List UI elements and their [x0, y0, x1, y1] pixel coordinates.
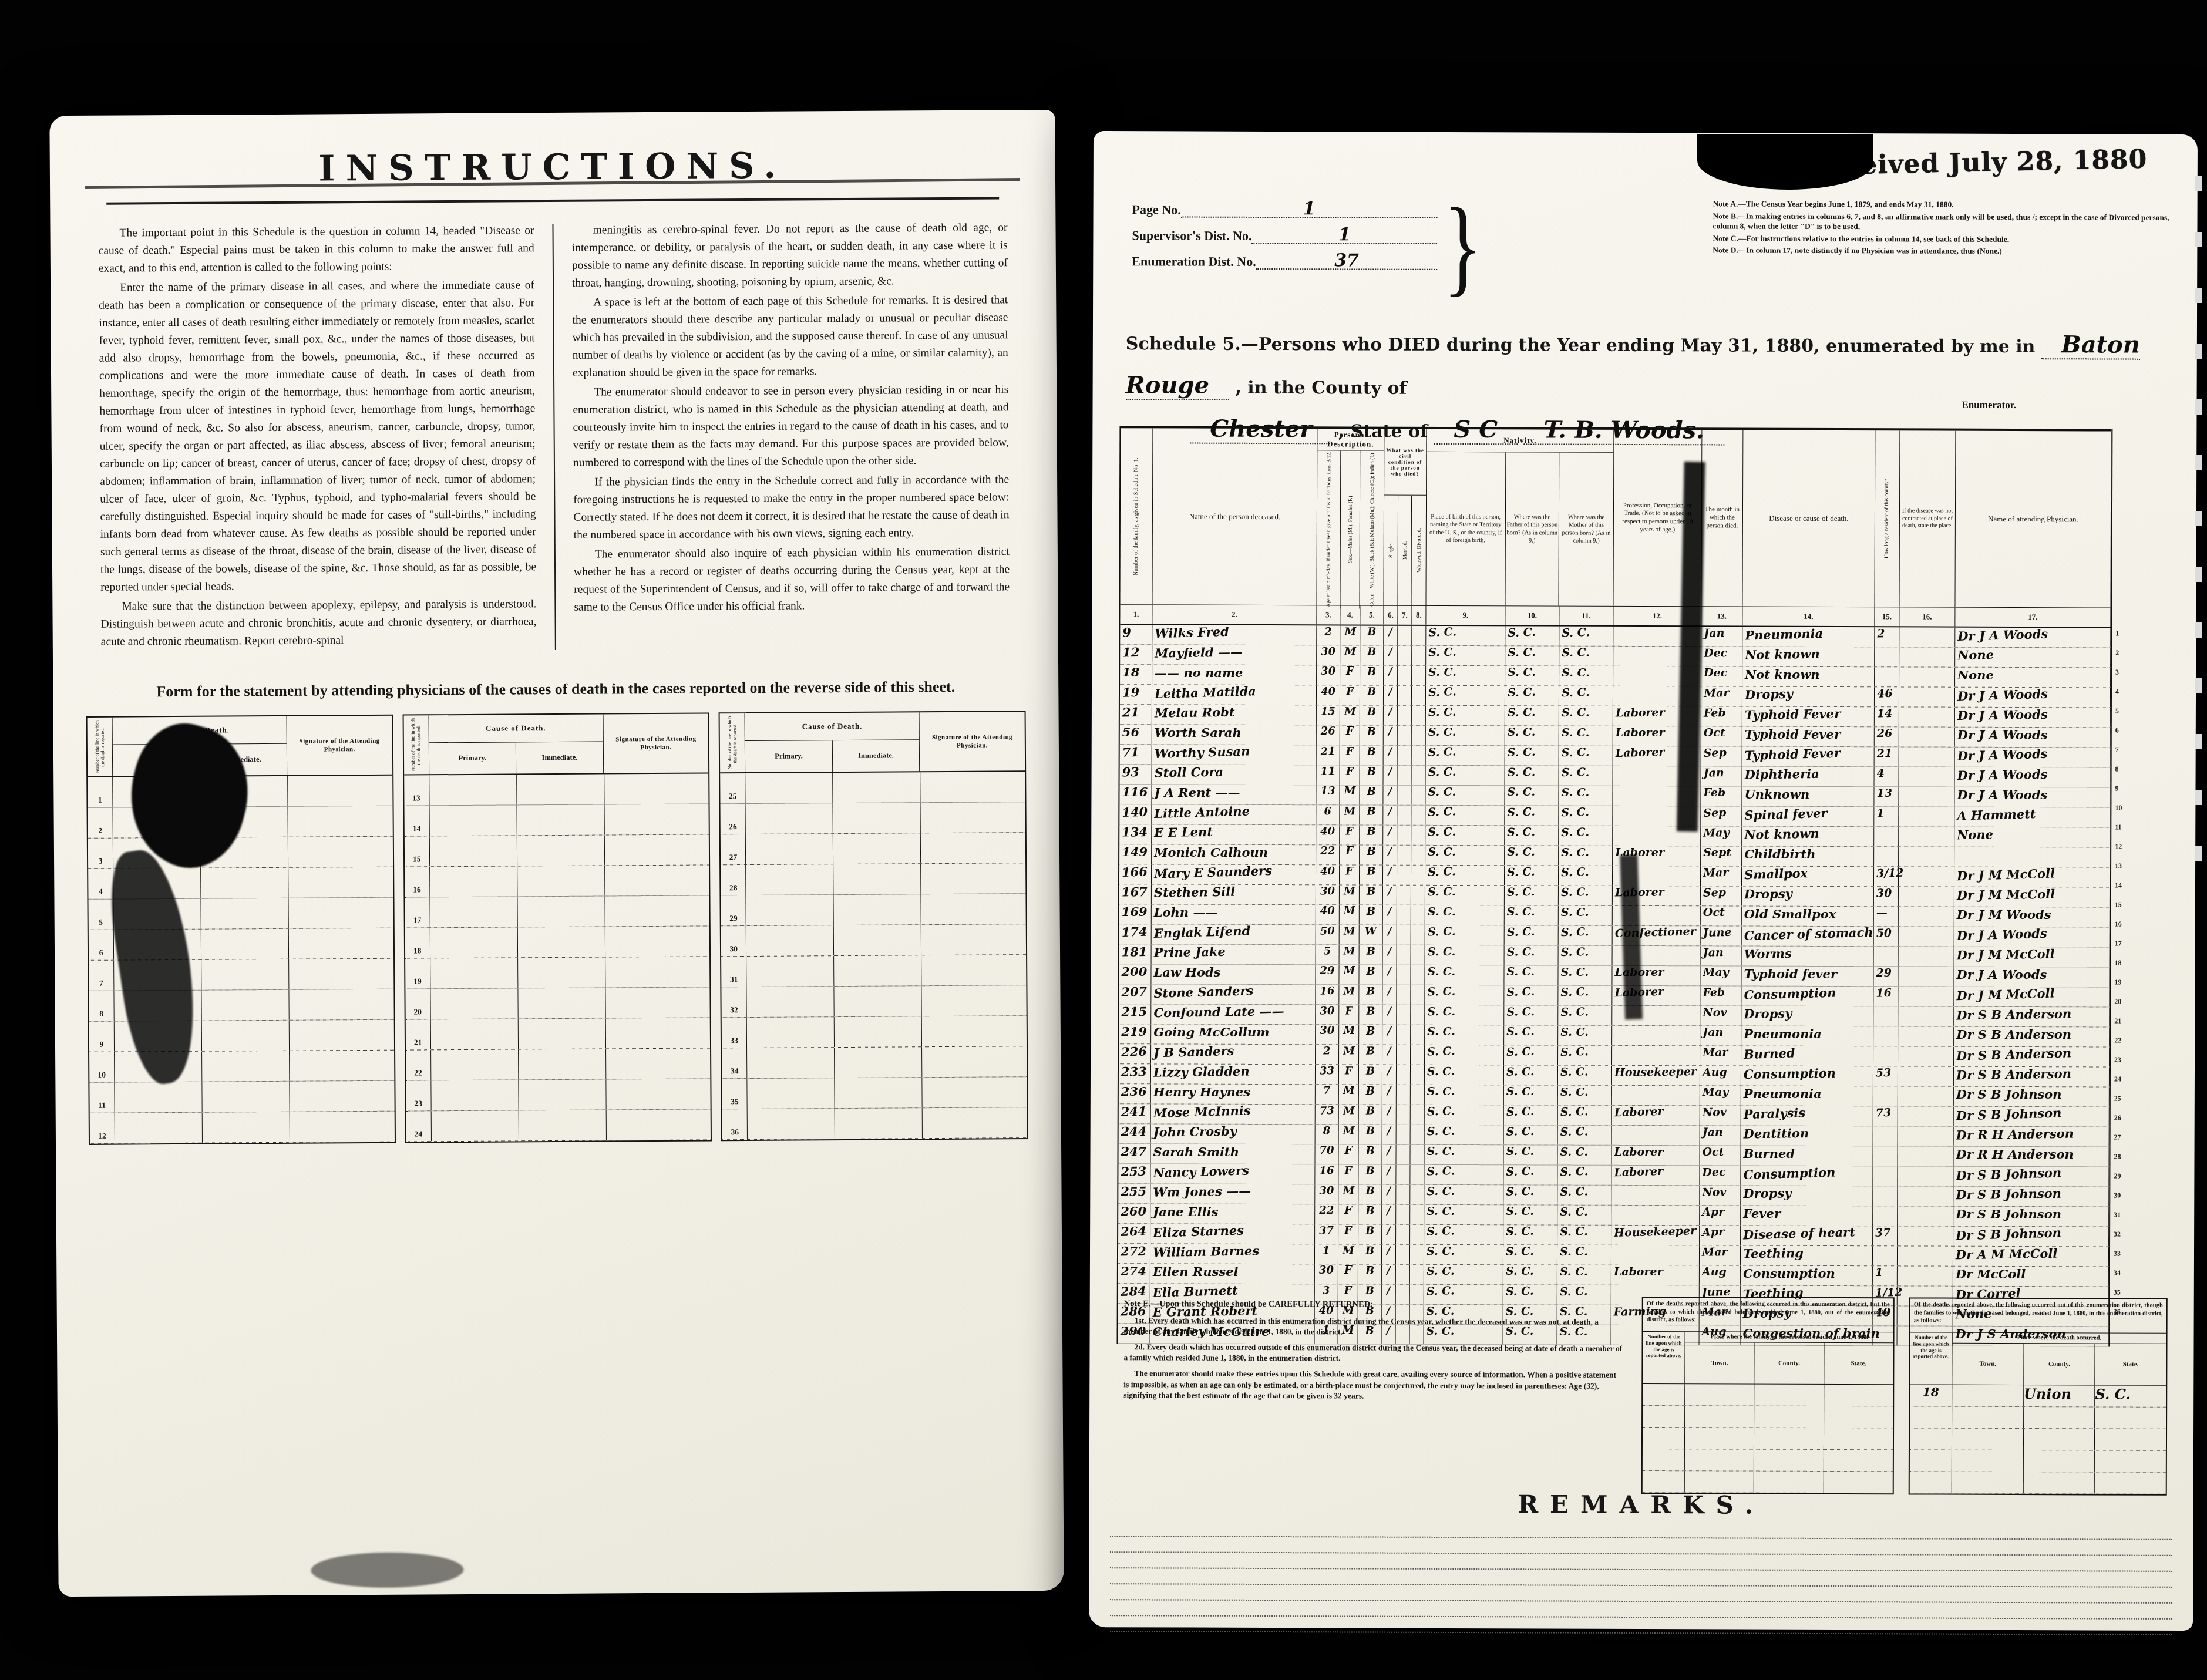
district-header-line: Page No.1	[1132, 200, 1438, 218]
remarks-heading: REMARKS.	[1089, 1489, 2193, 1521]
district-header-line: Supervisor's Dist. No.1	[1132, 226, 1437, 244]
instruction-paragraph: The enumerator should endeavor to see in…	[573, 381, 1009, 472]
mortality-schedule-table: Number of the family, as given in Schedu…	[1117, 426, 2113, 1346]
enumerator-label: Enumerator.	[1962, 399, 2016, 411]
printed-note: Note D.—In column 17, note distinctly if…	[1713, 245, 2171, 257]
schedule-row: 167Stethen Sill30MB/S. C.S. C.S. C.Labor…	[1119, 884, 2110, 907]
bottom-table-row: 18UnionS. C.	[1910, 1385, 2166, 1407]
schedule-row: 56Worth Sarah26FB/S. C.S. C.S. C.Laborer…	[1120, 725, 2111, 748]
bottom-table-row	[1643, 1384, 1893, 1406]
instruction-paragraph: If the physician finds the entry in the …	[573, 472, 1010, 545]
printed-note: Note C.—For instructions relative to the…	[1713, 233, 2171, 245]
district-header-block: Page No.1Supervisor's Dist. No.1Enumerat…	[1132, 200, 1437, 279]
form-row: 14	[404, 804, 709, 837]
schedule-row: 247Sarah Smith70FB/S. C.S. C.S. C.Labore…	[1118, 1144, 2109, 1167]
deaths-out-of-district-table: Of the deaths reported above, the follow…	[1909, 1297, 2168, 1495]
instructions-column-right: meningitis as cerebro-spinal fever. Do n…	[571, 219, 1010, 650]
title-rule	[106, 197, 999, 204]
schedule-row: 93Stoll Cora11FB/S. C.S. C.S. C.JanDipht…	[1120, 765, 2111, 787]
schedule-row: 21Melau Robt15MB/S. C.S. C.S. C.LaborerF…	[1120, 705, 2111, 728]
schedule-row: 233Lizzy Gladden33FB/S. C.S. C.S. C.Hous…	[1119, 1064, 2110, 1087]
schedule-row: 244John Crosby8MB/S. C.S. C.S. C.JanDent…	[1119, 1124, 2110, 1147]
ink-smudge	[311, 1552, 463, 1588]
instruction-paragraph: The important point in this Schedule is …	[98, 222, 534, 278]
column-divider	[552, 224, 556, 650]
schedule-row: 241Mose McInnis73MB/S. C.S. C.S. C.Labor…	[1119, 1104, 2110, 1127]
instruction-paragraph: Enter the name of the primary disease in…	[99, 277, 536, 597]
form-row: 33	[722, 1016, 1027, 1048]
schedule-row: 200Law Hods29MB/S. C.S. C.S. C.LaborerMa…	[1119, 964, 2110, 987]
form-row: 24	[406, 1110, 711, 1142]
schedule-row: 272William Barnes1MB/S. C.S. C.S. C.MarT…	[1118, 1244, 2109, 1267]
form-row: 12	[90, 1112, 395, 1144]
form-row: 20	[405, 988, 710, 1020]
printed-line-numbers: 1234567891011121314151617181920212223242…	[2114, 624, 2123, 1322]
schedule-row: 226J B Sanders2MB/S. C.S. C.S. C.MarBurn…	[1119, 1044, 2110, 1067]
schedule-row: 166Mary E Saunders40FB/S. C.S. C.S. C.Ma…	[1119, 864, 2110, 887]
brace-glyph: }	[1443, 184, 1482, 309]
instruction-paragraph: The enumerator should also inquire of ea…	[574, 544, 1010, 617]
form-row: 16	[405, 866, 709, 898]
bottom-table-row	[1910, 1428, 2166, 1450]
note-e-paragraph: The enumerator should make these entries…	[1123, 1369, 1623, 1402]
schedule-row: 134E E Lent40FB/S. C.S. C.S. C.MayNot kn…	[1119, 824, 2110, 847]
schedule-row: 236Henry Haynes7MB/S. C.S. C.S. C.MayPne…	[1119, 1084, 2110, 1107]
schedule-row: 181Prine Jake5MB/S. C.S. C.S. C.JanWorms…	[1119, 944, 2110, 967]
schedule-row: 174Englak Lifend50MW/S. C.S. C.S. C.Conf…	[1119, 924, 2110, 947]
schedule-row: 260Jane Ellis22FB/S. C.S. C.S. C.AprFeve…	[1118, 1204, 2109, 1227]
form-row: 21	[405, 1018, 710, 1051]
bottom-table-row	[1910, 1406, 2166, 1429]
schedule-title-prefix: Schedule 5.—Persons who DIED during the …	[1126, 334, 2036, 357]
schedule-row: 19Leitha Matilda40FB/S. C.S. C.S. C.MarD…	[1120, 685, 2111, 708]
physician-form-caption: Form for the statement by attending phys…	[53, 678, 1058, 701]
form-row: 23	[406, 1079, 711, 1112]
schedule-row: 215Confound Late ——30FB/S. C.S. C.S. C.N…	[1119, 1004, 2110, 1027]
schedule-row: 169Lohn ——40MB/S. C.S. C.S. C.OctOld Sma…	[1119, 904, 2110, 927]
schedule-title-mid: , in the County of	[1235, 378, 1407, 399]
schedule-row: 71Worthy Susan21FB/S. C.S. C.S. C.Labore…	[1120, 745, 2111, 767]
district-header-line: Enumeration Dist. No.37	[1132, 252, 1437, 270]
form-row: 26	[721, 803, 1025, 835]
form-row: 13	[404, 774, 709, 806]
schedule-row: 255Wm Jones ——30MB/S. C.S. C.S. C.NovDro…	[1118, 1184, 2109, 1207]
note-e-block: Note E.—Upon this Schedule should be CAR…	[1123, 1298, 1623, 1408]
form-row: 31	[721, 955, 1026, 987]
schedule-page: Received July 28, 1880 Page No.1Supervis…	[1089, 131, 2198, 1631]
note-e-paragraph: 2d. Every death which has occurred outsi…	[1123, 1342, 1623, 1365]
form-row: 35	[722, 1077, 1027, 1109]
schedule-row: 219Going McCollum30MB/S. C.S. C.S. C.Jan…	[1119, 1024, 2110, 1047]
form-row: 30	[721, 924, 1026, 957]
instructions-column-left: The important point in this Schedule is …	[98, 222, 536, 653]
form-row: 17	[405, 896, 709, 928]
instruction-paragraph: meningitis as cerebro-spinal fever. Do n…	[571, 219, 1008, 292]
form-row: 18	[405, 927, 709, 959]
scanned-document: INSTRUCTIONS. The important point in thi…	[0, 0, 2207, 1680]
instruction-paragraph: Make sure that the distinction between a…	[100, 596, 537, 652]
form-row: 29	[721, 894, 1026, 926]
bottom-table-row	[1643, 1449, 1893, 1472]
form-row: 15	[404, 835, 709, 867]
schedule-row: 18—— no name30FB/S. C.S. C.S. C.DecNot k…	[1120, 665, 2111, 688]
instructions-columns: The important point in this Schedule is …	[98, 219, 1010, 653]
schedule-row: 9Wilks Fred2MB/S. C.S. C.S. C.JanPneumon…	[1120, 625, 2111, 648]
instruction-paragraph: A space is left at the bottom of each pa…	[572, 291, 1008, 382]
form-row: 27	[721, 833, 1025, 866]
deaths-in-district-table: Of the deaths reported above, the follow…	[1641, 1297, 1895, 1494]
form-row: 36	[722, 1107, 1027, 1140]
form-group: Number of the line in which the death is…	[719, 711, 1028, 1141]
bottom-table-row	[1643, 1428, 1893, 1450]
printed-notes: Note A.—The Census Year begins June 1, 1…	[1713, 198, 2171, 258]
form-row: 22	[406, 1049, 711, 1081]
schedule-row: 253Nancy Lowers16FB/S. C.S. C.S. C.Labor…	[1118, 1164, 2109, 1187]
bottom-table-row	[1910, 1450, 2166, 1472]
remarks-ruled-lines	[1094, 131, 2198, 134]
form-group: Number of the line in which the death is…	[402, 713, 712, 1143]
schedule-row: 140Little Antoine6MB/S. C.S. C.S. C.SepS…	[1119, 804, 2110, 827]
form-row: 10	[89, 1051, 394, 1083]
form-row: 34	[722, 1046, 1027, 1079]
printed-note: Note B.—In making entries in columns 6, …	[1713, 211, 2171, 233]
form-row: 25	[721, 772, 1025, 804]
note-e-paragraph: 1st. Every death which has occurred in t…	[1124, 1315, 1623, 1338]
bottom-table-row	[1643, 1406, 1893, 1428]
form-row: 28	[721, 863, 1025, 895]
schedule-row: 264Eliza Starnes37FB/S. C.S. C.S. C.Hous…	[1118, 1224, 2109, 1247]
form-row: 19	[405, 957, 710, 989]
instructions-page: INSTRUCTIONS. The important point in thi…	[49, 110, 1064, 1597]
schedule-row: 116J A Rent ——13MB/S. C.S. C.S. C.FebUnk…	[1119, 785, 2110, 807]
form-row: 32	[722, 985, 1027, 1018]
schedule-row: 12Mayfield ——30MB/S. C.S. C.S. C.DecNot …	[1120, 645, 2111, 668]
printed-note: Note A.—The Census Year begins June 1, 1…	[1713, 198, 2171, 210]
form-row: 11	[89, 1081, 394, 1113]
schedule-row: 274Ellen Russel30FB/S. C.S. C.S. C.Labor…	[1118, 1264, 2109, 1287]
